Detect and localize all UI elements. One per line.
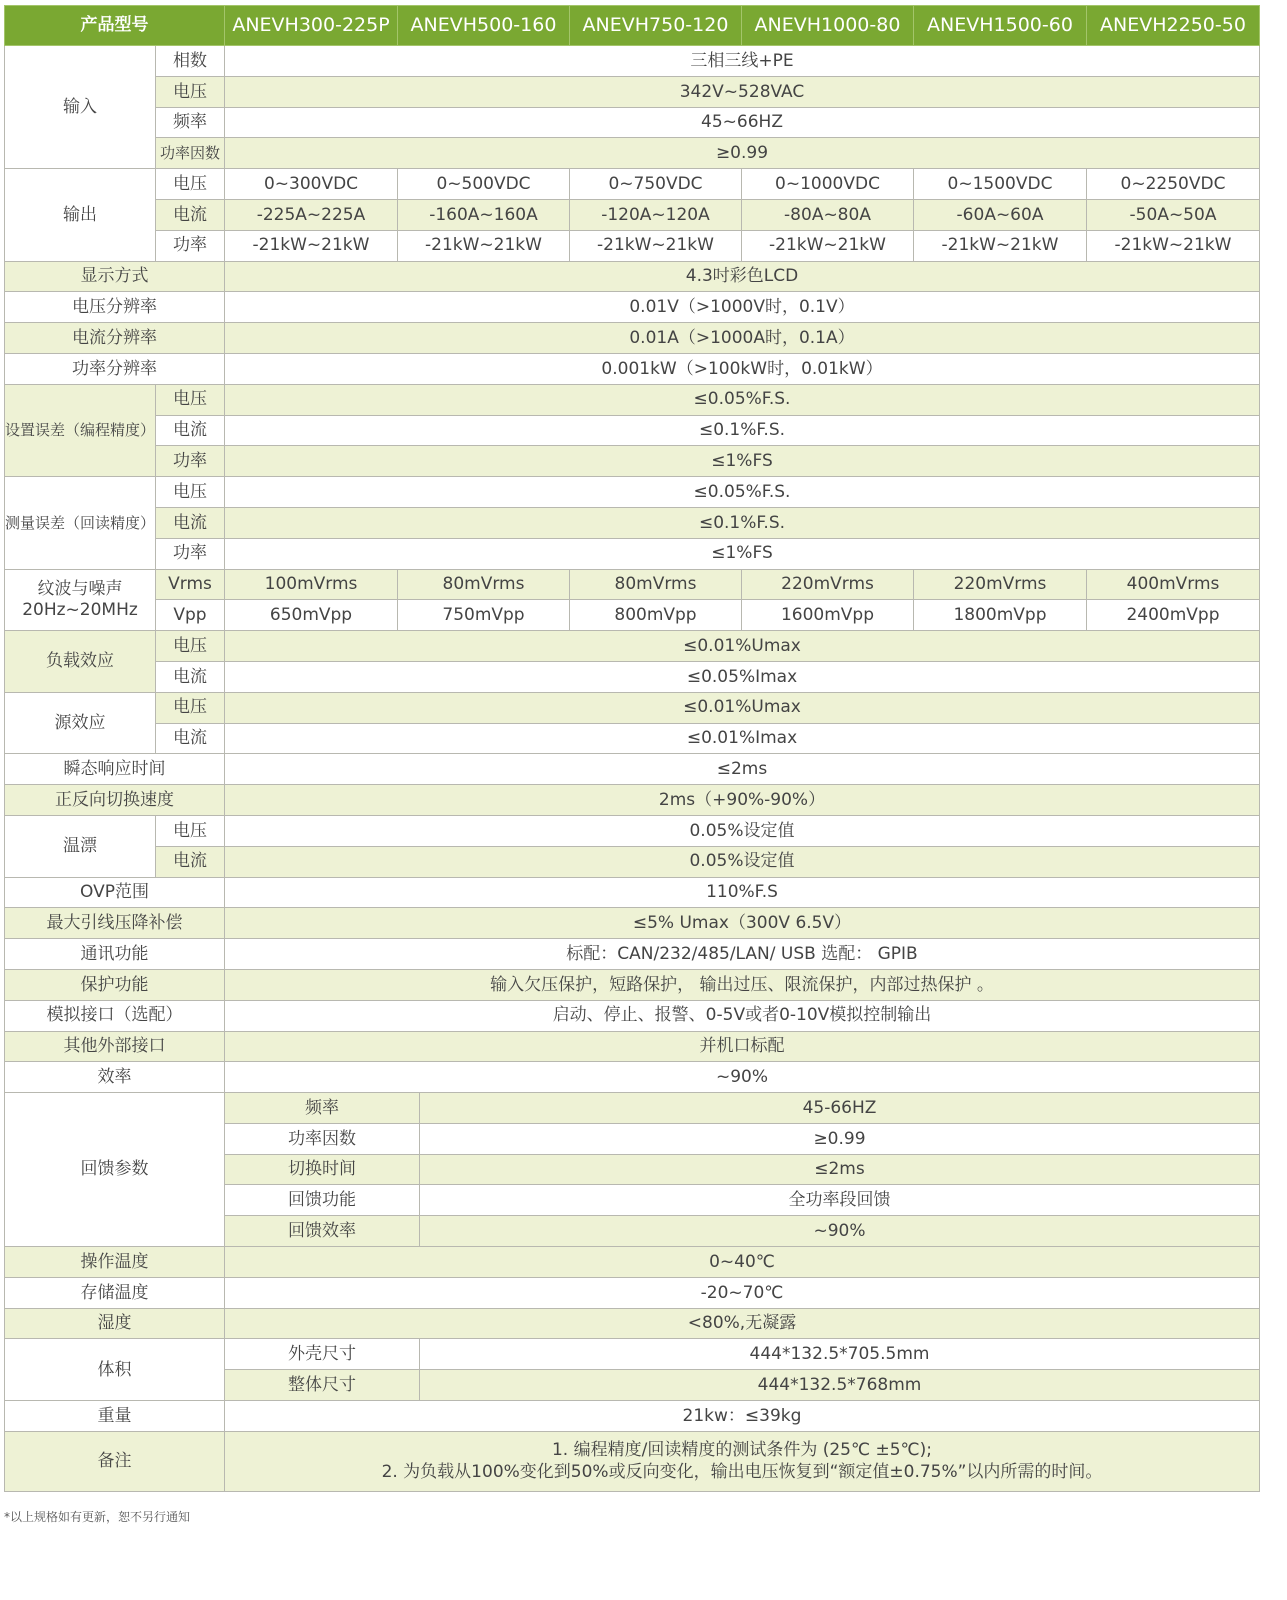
- table-row: 负载效应 电压 ≤0.01%Umax: [5, 631, 1260, 662]
- value-cell: 110%F.S: [225, 877, 1260, 908]
- table-row: 电流 ≤0.1%F.S.: [5, 415, 1260, 446]
- table-row: 测量误差（回读精度） 电压 ≤0.05%F.S.: [5, 477, 1260, 508]
- sub-label: 电压: [156, 169, 225, 200]
- table-row: 电流 ≤0.05%Imax: [5, 661, 1260, 692]
- value-cell: 启动、停止、报警、0-5V或者0-10V模拟控制输出: [225, 1000, 1260, 1031]
- value-cell: -21kW~21kW: [570, 230, 742, 261]
- value-cell: ≤0.01%Umax: [225, 631, 1260, 662]
- sub-label: 电压: [156, 477, 225, 508]
- value-cell: 0.01A（>1000A时，0.1A）: [225, 323, 1260, 354]
- row-label: 重量: [5, 1401, 225, 1432]
- value-cell: 0.001kW（>100kW时，0.01kW）: [225, 353, 1260, 384]
- setting-error-label: 设置误差（编程精度）: [5, 384, 156, 476]
- table-row: 瞬态响应时间 ≤2ms: [5, 754, 1260, 785]
- value-cell: 全功率段回馈: [420, 1185, 1260, 1216]
- header-row: 产品型号 ANEVH300-225P ANEVH500-160 ANEVH750…: [5, 6, 1260, 46]
- table-row: 保护功能 输入欠压保护，短路保护， 输出过压、限流保护，内部过热保护 。: [5, 969, 1260, 1000]
- value-cell: 400mVrms: [1087, 569, 1260, 600]
- sub-label: 功率因数: [225, 1123, 420, 1154]
- value-cell: 80mVrms: [570, 569, 742, 600]
- sub-label: 电流: [156, 661, 225, 692]
- value-cell: -80A~80A: [742, 199, 914, 230]
- value-cell: 750mVpp: [398, 600, 570, 631]
- value-cell: 0~1500VDC: [914, 169, 1087, 200]
- ripple-label: 纹波与噪声 20Hz~20MHz: [5, 569, 156, 631]
- value-cell: ≤5% Umax（300V 6.5V）: [225, 908, 1260, 939]
- row-label: 存储温度: [5, 1277, 225, 1308]
- spec-table-bottom: 回馈参数 频率 45-66HZ 功率因数 ≥0.99 切换时间 ≤2ms 回馈功…: [4, 1092, 1260, 1492]
- value-cell: ≤0.01%Imax: [225, 723, 1260, 754]
- value-cell: 1800mVpp: [914, 600, 1087, 631]
- table-row: 湿度 <80%,无凝露: [5, 1308, 1260, 1339]
- table-row: 源效应 电压 ≤0.01%Umax: [5, 692, 1260, 723]
- table-row: 通讯功能 标配：CAN/232/485/LAN/ USB 选配： GPIB: [5, 939, 1260, 970]
- table-row: 体积 外壳尺寸 444*132.5*705.5mm: [5, 1339, 1260, 1370]
- table-row: 电流 -225A~225A -160A~160A -120A~120A -80A…: [5, 199, 1260, 230]
- table-row: 正反向切换速度 2ms（+90%-90%）: [5, 785, 1260, 816]
- value-cell: ≤2ms: [420, 1154, 1260, 1185]
- note-line-1: 1. 编程精度/回读精度的测试条件为 (25℃ ±5℃);: [225, 1439, 1259, 1461]
- table-row: 电流分辨率 0.01A（>1000A时，0.1A）: [5, 323, 1260, 354]
- table-row: 其他外部接口 并机口标配: [5, 1031, 1260, 1062]
- sub-label: 相数: [156, 46, 225, 77]
- value-cell: 80mVrms: [398, 569, 570, 600]
- value-cell: ≥0.99: [420, 1123, 1260, 1154]
- table-row: 功率 ≤1%FS: [5, 446, 1260, 477]
- value-cell: ≤0.05%F.S.: [225, 384, 1260, 415]
- model-header: ANEVH750-120: [570, 6, 742, 46]
- table-row: 备注 1. 编程精度/回读精度的测试条件为 (25℃ ±5℃); 2. 为负载从…: [5, 1431, 1260, 1491]
- value-cell: ≤1%FS: [225, 446, 1260, 477]
- sub-label: 电压: [156, 76, 225, 107]
- row-label: 显示方式: [5, 261, 225, 292]
- table-row: 回馈参数 频率 45-66HZ: [5, 1093, 1260, 1124]
- ripple-label-line1: 纹波与噪声: [5, 579, 155, 599]
- row-label: 通讯功能: [5, 939, 225, 970]
- table-row: 操作温度 0~40℃: [5, 1247, 1260, 1278]
- value-cell: 45~66HZ: [225, 107, 1260, 138]
- table-row: 功率 -21kW~21kW -21kW~21kW -21kW~21kW -21k…: [5, 230, 1260, 261]
- row-label: 操作温度: [5, 1247, 225, 1278]
- value-cell: -120A~120A: [570, 199, 742, 230]
- table-row: 温漂 电压 0.05%设定值: [5, 815, 1260, 846]
- table-row: OVP范围 110%F.S: [5, 877, 1260, 908]
- value-cell: ≤2ms: [225, 754, 1260, 785]
- value-cell: 220mVrms: [914, 569, 1087, 600]
- sub-label: 频率: [156, 107, 225, 138]
- value-cell: ≥0.99: [225, 138, 1260, 169]
- value-cell: -21kW~21kW: [914, 230, 1087, 261]
- notes-cell: 1. 编程精度/回读精度的测试条件为 (25℃ ±5℃); 2. 为负载从100…: [225, 1431, 1260, 1491]
- table-row: 电流 0.05%设定值: [5, 846, 1260, 877]
- row-label: 保护功能: [5, 969, 225, 1000]
- row-label: 湿度: [5, 1308, 225, 1339]
- row-label: 其他外部接口: [5, 1031, 225, 1062]
- value-cell: 650mVpp: [225, 600, 398, 631]
- table-row: 显示方式 4.3吋彩色LCD: [5, 261, 1260, 292]
- feedback-label: 回馈参数: [5, 1093, 225, 1247]
- value-cell: <80%,无凝露: [225, 1308, 1260, 1339]
- value-cell: 0~1000VDC: [742, 169, 914, 200]
- table-row: 电流 ≤0.01%Imax: [5, 723, 1260, 754]
- sub-label: 电流: [156, 199, 225, 230]
- sub-label: Vrms: [156, 569, 225, 600]
- value-cell: ≤1%FS: [225, 538, 1260, 569]
- sub-label: 电流: [156, 507, 225, 538]
- value-cell: 0.05%设定值: [225, 815, 1260, 846]
- value-cell: -60A~60A: [914, 199, 1087, 230]
- footnote: *以上规格如有更新，恕不另行通知: [4, 1508, 190, 1525]
- value-cell: -21kW~21kW: [742, 230, 914, 261]
- row-label: OVP范围: [5, 877, 225, 908]
- sub-label: 整体尺寸: [225, 1370, 420, 1401]
- value-cell: 0~2250VDC: [1087, 169, 1260, 200]
- value-cell: -21kW~21kW: [1087, 230, 1260, 261]
- value-cell: 0~300VDC: [225, 169, 398, 200]
- table-row: 功率 ≤1%FS: [5, 538, 1260, 569]
- table-row: 功率因数 ≥0.99: [5, 138, 1260, 169]
- row-label: 正反向切换速度: [5, 785, 225, 816]
- table-row: 存储温度 -20~70℃: [5, 1277, 1260, 1308]
- row-label: 功率分辨率: [5, 353, 225, 384]
- sub-label: 电压: [156, 631, 225, 662]
- table-row: 输入 相数 三相三线+PE: [5, 46, 1260, 77]
- value-cell: -225A~225A: [225, 199, 398, 230]
- note-line-2: 2. 为负载从100%变化到50%或反向变化，输出电压恢复到“额定值±0.75%…: [225, 1461, 1259, 1483]
- row-label: 模拟接口（选配）: [5, 1000, 225, 1031]
- value-cell: 2ms（+90%-90%）: [225, 785, 1260, 816]
- model-header: ANEVH1500-60: [914, 6, 1087, 46]
- table-row: 频率 45~66HZ: [5, 107, 1260, 138]
- value-cell: 1600mVpp: [742, 600, 914, 631]
- row-label: 效率: [5, 1062, 225, 1093]
- value-cell: 800mVpp: [570, 600, 742, 631]
- source-effect-label: 源效应: [5, 692, 156, 754]
- table-row: 最大引线压降补偿 ≤5% Umax（300V 6.5V）: [5, 908, 1260, 939]
- table-row: 电压 342V~528VAC: [5, 76, 1260, 107]
- spec-table-container: 产品型号 ANEVH300-225P ANEVH500-160 ANEVH750…: [4, 5, 1259, 1492]
- sub-label: 回馈功能: [225, 1185, 420, 1216]
- value-cell: 0~40℃: [225, 1247, 1260, 1278]
- value-cell: 21kw：≤39kg: [225, 1401, 1260, 1432]
- measure-error-label: 测量误差（回读精度）: [5, 477, 156, 569]
- sub-label: 功率: [156, 446, 225, 477]
- sub-label: 功率: [156, 538, 225, 569]
- ripple-label-line2: 20Hz~20MHz: [5, 600, 155, 620]
- sub-label: 电流: [156, 723, 225, 754]
- input-label: 输入: [5, 46, 156, 169]
- table-row: 重量 21kw：≤39kg: [5, 1401, 1260, 1432]
- value-cell: 标配：CAN/232/485/LAN/ USB 选配： GPIB: [225, 939, 1260, 970]
- value-cell: ≤0.05%Imax: [225, 661, 1260, 692]
- volume-label: 体积: [5, 1339, 225, 1401]
- value-cell: 100mVrms: [225, 569, 398, 600]
- value-cell: 2400mVpp: [1087, 600, 1260, 631]
- temp-drift-label: 温漂: [5, 815, 156, 877]
- value-cell: 并机口标配: [225, 1031, 1260, 1062]
- sub-label: Vpp: [156, 600, 225, 631]
- sub-label: 电流: [156, 415, 225, 446]
- table-row: 效率 ~90%: [5, 1062, 1260, 1093]
- value-cell: ≤0.05%F.S.: [225, 477, 1260, 508]
- table-row: 输出 电压 0~300VDC 0~500VDC 0~750VDC 0~1000V…: [5, 169, 1260, 200]
- table-row: Vpp 650mVpp 750mVpp 800mVpp 1600mVpp 180…: [5, 600, 1260, 631]
- sub-label: 外壳尺寸: [225, 1339, 420, 1370]
- sub-label: 电压: [156, 384, 225, 415]
- model-header: ANEVH300-225P: [225, 6, 398, 46]
- table-row: 电流 ≤0.1%F.S.: [5, 507, 1260, 538]
- table-row: 功率分辨率 0.001kW（>100kW时，0.01kW）: [5, 353, 1260, 384]
- value-cell: ≤0.1%F.S.: [225, 415, 1260, 446]
- value-cell: 444*132.5*705.5mm: [420, 1339, 1260, 1370]
- value-cell: ~90%: [420, 1216, 1260, 1247]
- model-header: ANEVH2250-50: [1087, 6, 1260, 46]
- value-cell: 三相三线+PE: [225, 46, 1260, 77]
- row-label: 最大引线压降补偿: [5, 908, 225, 939]
- output-label: 输出: [5, 169, 156, 261]
- value-cell: -160A~160A: [398, 199, 570, 230]
- value-cell: 输入欠压保护，短路保护， 输出过压、限流保护，内部过热保护 。: [225, 969, 1260, 1000]
- model-header: ANEVH1000-80: [742, 6, 914, 46]
- value-cell: -20~70℃: [225, 1277, 1260, 1308]
- value-cell: 4.3吋彩色LCD: [225, 261, 1260, 292]
- spec-table: 产品型号 ANEVH300-225P ANEVH500-160 ANEVH750…: [4, 5, 1260, 1093]
- value-cell: 0~500VDC: [398, 169, 570, 200]
- sub-label: 电压: [156, 692, 225, 723]
- value-cell: 220mVrms: [742, 569, 914, 600]
- sub-label: 电压: [156, 815, 225, 846]
- table-row: 纹波与噪声 20Hz~20MHz Vrms 100mVrms 80mVrms 8…: [5, 569, 1260, 600]
- value-cell: ~90%: [225, 1062, 1260, 1093]
- product-model-header: 产品型号: [5, 6, 225, 46]
- value-cell: 0.01V（>1000V时，0.1V）: [225, 292, 1260, 323]
- value-cell: 444*132.5*768mm: [420, 1370, 1260, 1401]
- value-cell: -50A~50A: [1087, 199, 1260, 230]
- row-label: 瞬态响应时间: [5, 754, 225, 785]
- value-cell: 342V~528VAC: [225, 76, 1260, 107]
- sub-label: 频率: [225, 1093, 420, 1124]
- value-cell: ≤0.1%F.S.: [225, 507, 1260, 538]
- sub-label: 功率: [156, 230, 225, 261]
- value-cell: 0.05%设定值: [225, 846, 1260, 877]
- sub-label: 功率因数: [156, 138, 225, 169]
- table-row: 电压分辨率 0.01V（>1000V时，0.1V）: [5, 292, 1260, 323]
- value-cell: ≤0.01%Umax: [225, 692, 1260, 723]
- load-effect-label: 负载效应: [5, 631, 156, 693]
- sub-label: 切换时间: [225, 1154, 420, 1185]
- value-cell: 45-66HZ: [420, 1093, 1260, 1124]
- table-row: 设置误差（编程精度） 电压 ≤0.05%F.S.: [5, 384, 1260, 415]
- model-header: ANEVH500-160: [398, 6, 570, 46]
- value-cell: -21kW~21kW: [225, 230, 398, 261]
- table-row: 模拟接口（选配） 启动、停止、报警、0-5V或者0-10V模拟控制输出: [5, 1000, 1260, 1031]
- row-label: 备注: [5, 1431, 225, 1491]
- sub-label: 电流: [156, 846, 225, 877]
- row-label: 电流分辨率: [5, 323, 225, 354]
- row-label: 电压分辨率: [5, 292, 225, 323]
- value-cell: -21kW~21kW: [398, 230, 570, 261]
- value-cell: 0~750VDC: [570, 169, 742, 200]
- sub-label: 回馈效率: [225, 1216, 420, 1247]
